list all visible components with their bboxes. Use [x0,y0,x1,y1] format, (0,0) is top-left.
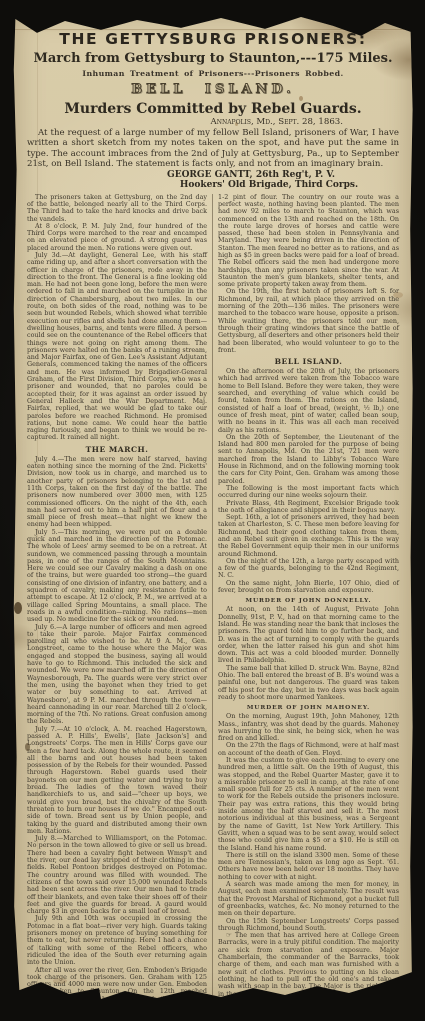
left-column: The prisoners taken at Gettysburg, on th… [27,194,213,1006]
doc-deck-line-2: Murders Committed by Rebel Guards. [27,101,399,117]
intro-paragraph: At the request of a large number of my f… [27,128,399,170]
paragraph: At noon, on the 14th of August, Private … [218,606,399,664]
right-column: 1-2 pint of flour. The country on our ro… [213,194,399,1006]
paragraph: On the 20th of September, the Lieutenant… [218,434,399,485]
paragraph: ☞ The men that has arrived here at Colle… [218,932,399,998]
paragraph: Private Blass, 4th Regiment, Excelsior B… [218,500,399,515]
paragraph: On the night of the 12th, a large party … [218,558,399,580]
section-heading: MURDER OF JOHN MAHONEY. [218,704,399,711]
paragraph: The prisoners taken at Gettysburg, on th… [27,194,207,223]
paragraph: On the 19th, the first batch of prisoner… [218,288,399,354]
doc-subtitle: March from Gettysburg to Staunton,---175… [27,50,399,67]
paragraph: The same ball that killed D. struck Wm. … [218,665,399,701]
paragraph: July 5.—This morning, we were put on a d… [27,529,207,624]
dateline: Annapolis, Md., Sept. 28, 1863. [27,118,399,127]
doc-title: THE GETTYSBURG PRISONERS: [27,30,399,48]
paragraph: On the 27th the flags of Richmond, were … [218,742,399,757]
paragraph: A search was made among the men for mone… [218,881,399,917]
paper-stain [393,292,403,298]
paragraph: July 8.—Marched to Williamsport, on the … [27,835,207,915]
paragraph: July 9th and 10th was occupied in crossi… [27,915,207,966]
bell-island-banner: BELL ISLAND. [27,82,399,97]
paragraph: July 7.—At 10 o'clock, A. M. reached Hag… [27,726,207,835]
section-heading: THE MARCH. [27,445,207,454]
body-columns: The prisoners taken at Gettysburg, on th… [13,191,413,1006]
paper-stain [53,978,67,984]
paragraph: On the morning, August 19th, John Mahone… [218,713,399,742]
paragraph: There is still on the island 3300 men. S… [218,852,399,881]
paragraph: At 8 o'clock, P. M. July 2nd, four hundr… [27,223,207,252]
paper-stain [14,602,22,614]
paragraph: On the 15th September Longstreets' Corps… [218,918,399,933]
paragraph: July 6.—A large number of officers and m… [27,624,207,726]
doc-deck-line: Inhuman Treatment of Prisoners---Prisone… [27,69,399,79]
paragraph: On the afternoon of the 20th of July, th… [218,368,399,434]
section-heading: MURDER OF JOHN DONNELLY. [218,597,399,604]
photo-background: { "masthead": { "title": "THE GETTYSBURG… [0,0,425,1021]
paragraph: The following is the most important fact… [218,485,399,500]
paragraph: Sept. 16th, a lot of prisoners arrived, … [218,514,399,558]
signature-unit: Hookers' Old Brigade, Third Corps. [83,180,413,191]
broadside-paper: THE GETTYSBURG PRISONERS: March from Get… [13,10,413,1006]
paragraph: 1-2 pint of flour. The country on our ro… [218,194,399,289]
paragraph: After all was over the river, Gen. Embod… [27,967,207,1007]
signature-name: GEORGE GANTT, 26th Reg't, P. V. [65,170,413,181]
masthead: THE GETTYSBURG PRISONERS: March from Get… [13,10,413,191]
paper-stain [25,743,30,751]
paragraph: July 4.—The men were now half starved, h… [27,456,207,529]
paragraph: July 3d.—At daylight, General Lee, with … [27,252,207,442]
section-heading: BELL ISLAND. [218,357,399,366]
paragraph: It was the custom to give each morning t… [218,757,399,852]
paragraph: On the same night, John Bierle, 107 Ohio… [218,580,399,595]
